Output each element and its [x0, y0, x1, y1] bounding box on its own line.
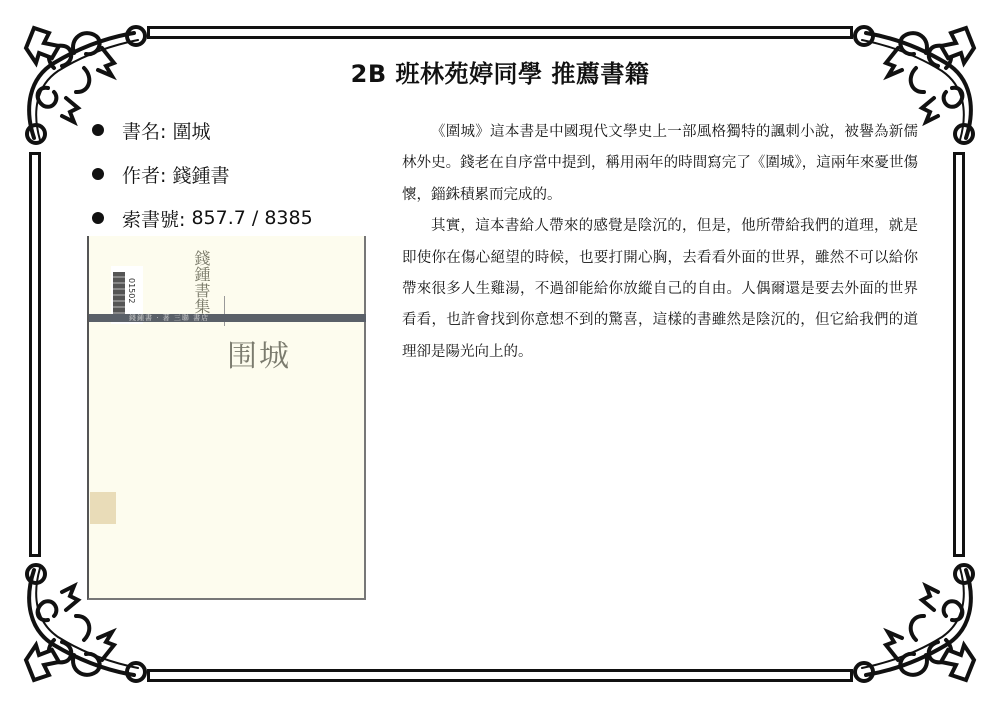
cover-series-name: 錢鍾書集 — [193, 250, 211, 314]
frame-right-bar — [953, 152, 965, 557]
frame-left-bar — [29, 152, 41, 557]
bullet-icon — [92, 212, 104, 224]
cover-title: 围城 — [227, 331, 291, 375]
info-item-title: 書名: 圍城 — [88, 108, 313, 152]
page-title: 2B 班林苑婷同學 推薦書籍 — [0, 54, 1000, 89]
info-label: 索書號: — [122, 205, 185, 232]
info-item-call-number: 索書號: 857.7 / 8385 — [88, 196, 313, 240]
info-value: 圍城 — [172, 117, 210, 144]
review-paragraph: 其實，這本書給人帶來的感覺是陰沉的，但是，他所帶給我們的道理，就是即使你在傷心絕… — [402, 211, 918, 368]
bullet-icon — [92, 124, 104, 136]
info-label: 書名: — [122, 117, 166, 144]
cover-tape-sticker — [90, 492, 116, 524]
info-value: 錢鍾書 — [172, 161, 229, 188]
cover-publisher: 錢鍾書 · 著 三聯 書店 — [129, 313, 209, 323]
frame-bottom-bar — [147, 669, 853, 682]
info-label: 作者: — [122, 161, 166, 188]
barcode-number: 01502 — [127, 278, 136, 303]
review-text: 《圍城》這本書是中國現代文學史上一部風格獨特的諷刺小說，被譽為新儒林外史。錢老在… — [402, 117, 918, 368]
info-value: 857.7 / 8385 — [191, 207, 312, 229]
bullet-icon — [92, 168, 104, 180]
frame-top-bar — [147, 26, 853, 39]
book-info-list: 書名: 圍城 作者: 錢鍾書 索書號: 857.7 / 8385 — [88, 108, 313, 240]
ornament-corner-bottom-right-icon — [846, 560, 986, 700]
review-paragraph: 《圍城》這本書是中國現代文學史上一部風格獨特的諷刺小說，被譽為新儒林外史。錢老在… — [402, 117, 918, 211]
info-item-author: 作者: 錢鍾書 — [88, 152, 313, 196]
book-cover-image: 01502 錢鍾書集 錢鍾書 · 著 三聯 書店 围城 — [87, 236, 366, 600]
